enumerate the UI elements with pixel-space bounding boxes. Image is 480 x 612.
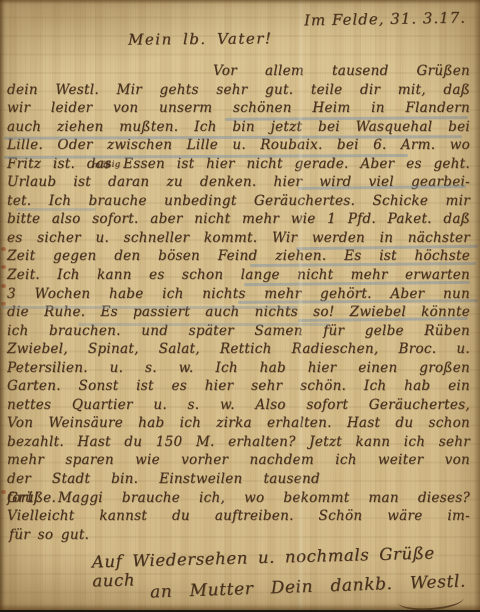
body-line: der Stadt bin. Einstweilen tausend Grüße…: [7, 470, 470, 489]
body-line: Vor allem tausend Grüßen: [7, 62, 470, 81]
red-margin-dot: [1, 265, 6, 269]
letter-body: Vor allem tausend Grüßen dein Westl. Mir…: [7, 62, 470, 544]
body-line: bitte also sofort. aber nicht mehr wie 1…: [7, 210, 470, 229]
body-line: für so gut.: [7, 526, 470, 545]
body-line: Lille. Oder zwischen Lille u. Roubaix. b…: [7, 136, 470, 155]
inserted-word: mäßig: [92, 160, 121, 171]
body-line: dein Westl. Mir gehts sehr gut. teile di…: [7, 81, 470, 100]
red-margin-dot: [1, 284, 6, 288]
salutation: Mein lb. Vater!: [128, 29, 273, 48]
body-line: Zwiebel, Spinat, Salat, Rettich Radiesch…: [7, 340, 470, 359]
body-line: Garten. Sonst ist es hier sehr schön. Ic…: [7, 377, 470, 396]
body-line: die Ruhe. Es passiert auch nichts so! Zw…: [7, 303, 470, 322]
body-line: bezahlt. Hast du 150 M. erhalten? Jetzt …: [7, 433, 470, 452]
body-line: Fritz ist. das Essen ist hier nicht gera…: [7, 155, 470, 174]
body-line: Zeit gegen den bösen Feind ziehen. Es is…: [7, 247, 470, 266]
body-line: ich brauchen. und später Samen für gelbe…: [7, 322, 470, 341]
body-line: nettes Quartier u. s. w. Also sofort Ger…: [7, 396, 470, 415]
red-margin-dot: [1, 490, 6, 494]
paper-edge-top: [0, 0, 480, 4]
paper-edge-right: [473, 0, 480, 610]
body-line: wir leider von unserm schönen Heim in Fl…: [7, 99, 470, 118]
signature-flourish: [398, 598, 465, 610]
body-line: es sicher u. schneller kommt. Wir werden…: [7, 229, 470, 248]
body-line: Petersilien. u. s. w. Ich hab hier einen…: [7, 359, 470, 378]
body-line: Urlaub ist daran zu denken. hier wird vi…: [7, 173, 470, 192]
body-line: auch ziehen mußten. Ich bin jetzt bei Wa…: [7, 118, 470, 137]
date-line: Im Felde, 31. 3.17.: [304, 9, 466, 30]
red-margin-dot: [1, 302, 6, 306]
body-line: Von Weinsäure hab ich zirka erhalten. Ha…: [7, 414, 470, 433]
body-line: mehr sparen wie vorher nachdem ich weite…: [7, 451, 470, 470]
paper-edge-left: [0, 0, 5, 610]
body-line: tet. Ich brauche unbedingt Geräuchertes.…: [7, 192, 470, 211]
body-line: Vielleicht kannst du auftreiben. Schön w…: [7, 507, 470, 526]
body-line: 3 Wochen habe ich nichts mehr gehört. Ab…: [7, 285, 470, 304]
body-line: fort! Maggi brauche ich, wo bekommt man …: [7, 489, 470, 508]
letter-page: Im Felde, 31. 3.17. Mein lb. Vater! Vor …: [0, 0, 480, 610]
red-margin-dot: [1, 247, 6, 251]
body-line: Zeit. Ich kann es schon lange nicht mehr…: [7, 266, 470, 285]
